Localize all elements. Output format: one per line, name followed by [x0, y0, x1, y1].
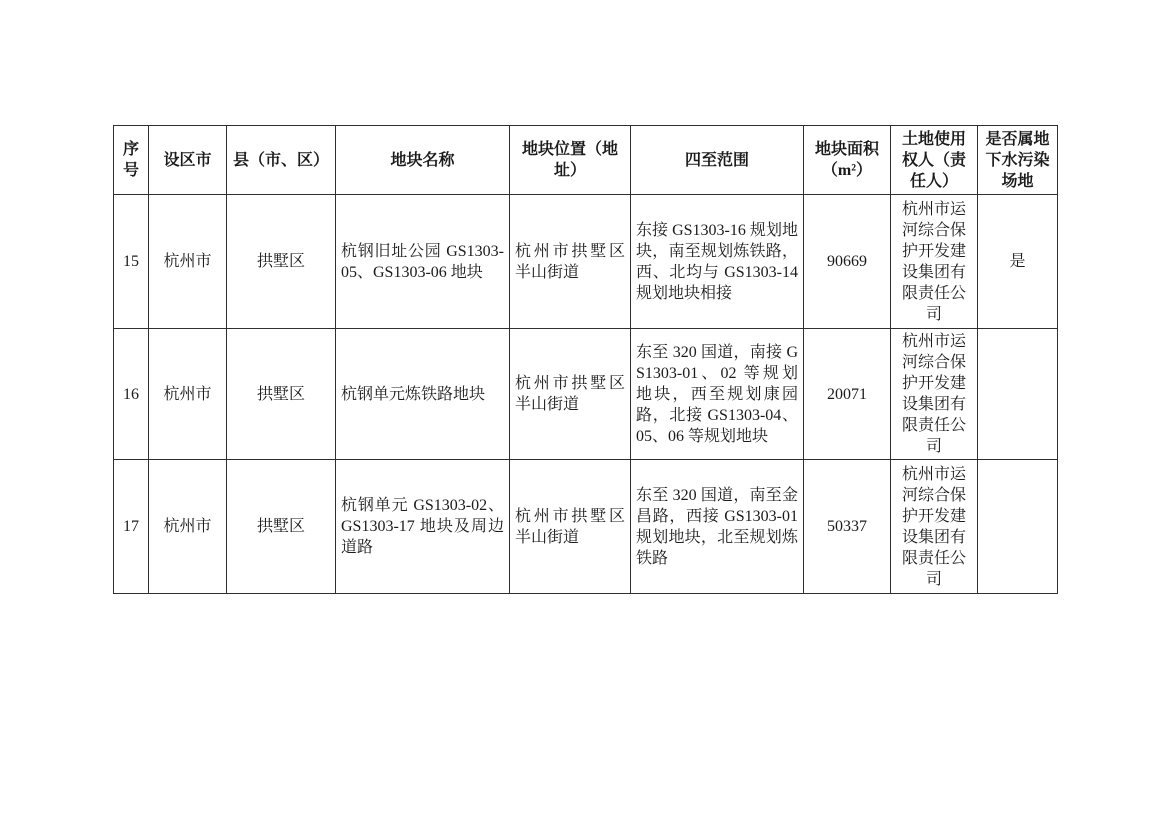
cell-location: 杭州市拱墅区半山街道: [510, 460, 631, 594]
cell-name: 杭钢单元炼铁路地块: [336, 329, 510, 460]
col-header-county: 县（市、区）: [227, 126, 336, 195]
cell-name: 杭钢单元 GS1303-02、GS1303-17 地块及周边道路: [336, 460, 510, 594]
cell-name: 杭钢旧址公园 GS1303-05、GS1303-06 地块: [336, 195, 510, 329]
cell-location: 杭州市拱墅区半山街道: [510, 329, 631, 460]
cell-area: 20071: [804, 329, 891, 460]
cell-boundaries: 东接 GS1303-16 规划地块，南至规划炼铁路，西、北均与 GS1303-1…: [631, 195, 804, 329]
col-header-serial: 序号: [114, 126, 149, 195]
col-header-boundaries: 四至范围: [631, 126, 804, 195]
cell-location: 杭州市拱墅区半山街道: [510, 195, 631, 329]
table-row: 16 杭州市 拱墅区 杭钢单元炼铁路地块 杭州市拱墅区半山街道 东至 320 国…: [114, 329, 1058, 460]
col-header-owner: 土地使用权人（责任人）: [891, 126, 978, 195]
cell-serial: 16: [114, 329, 149, 460]
cell-county: 拱墅区: [227, 460, 336, 594]
table-row: 15 杭州市 拱墅区 杭钢旧址公园 GS1303-05、GS1303-06 地块…: [114, 195, 1058, 329]
cell-owner: 杭州市运河综合保护开发建设集团有限责任公司: [891, 195, 978, 329]
cell-polluted: [978, 329, 1058, 460]
cell-polluted: [978, 460, 1058, 594]
cell-city: 杭州市: [149, 329, 227, 460]
col-header-city: 设区市: [149, 126, 227, 195]
col-header-polluted: 是否属地下水污染场地: [978, 126, 1058, 195]
cell-owner: 杭州市运河综合保护开发建设集团有限责任公司: [891, 329, 978, 460]
cell-county: 拱墅区: [227, 329, 336, 460]
col-header-location: 地块位置（地址）: [510, 126, 631, 195]
cell-owner: 杭州市运河综合保护开发建设集团有限责任公司: [891, 460, 978, 594]
cell-area: 90669: [804, 195, 891, 329]
cell-serial: 17: [114, 460, 149, 594]
document-page: 序号 设区市 县（市、区） 地块名称 地块位置（地址） 四至范围 地块面积（m²…: [0, 0, 1169, 826]
cell-boundaries: 东至 320 国道，南接 GS1303-01、02 等规划地块，西至规划康园路，…: [631, 329, 804, 460]
cell-city: 杭州市: [149, 460, 227, 594]
land-parcel-table: 序号 设区市 县（市、区） 地块名称 地块位置（地址） 四至范围 地块面积（m²…: [113, 125, 1058, 594]
cell-serial: 15: [114, 195, 149, 329]
table-header-row: 序号 设区市 县（市、区） 地块名称 地块位置（地址） 四至范围 地块面积（m²…: [114, 126, 1058, 195]
col-header-name: 地块名称: [336, 126, 510, 195]
cell-county: 拱墅区: [227, 195, 336, 329]
table-row: 17 杭州市 拱墅区 杭钢单元 GS1303-02、GS1303-17 地块及周…: [114, 460, 1058, 594]
col-header-area: 地块面积（m²）: [804, 126, 891, 195]
cell-city: 杭州市: [149, 195, 227, 329]
cell-area: 50337: [804, 460, 891, 594]
cell-polluted: 是: [978, 195, 1058, 329]
cell-boundaries: 东至 320 国道，南至金昌路，西接 GS1303-01 规划地块，北至规划炼铁…: [631, 460, 804, 594]
